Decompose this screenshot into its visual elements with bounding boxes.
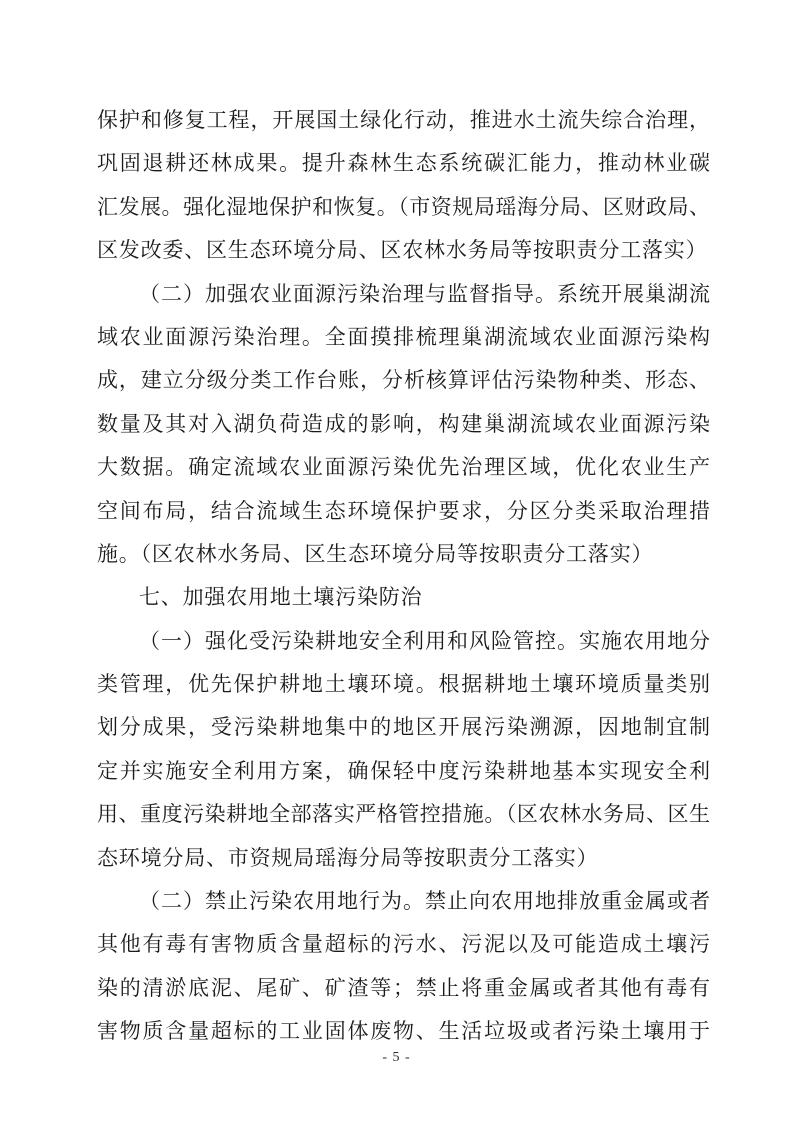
text-line: 保护和修复工程，开展国土绿化行动，推进水土流失综合治理，	[97, 99, 710, 142]
text-line: （二）加强农业面源污染治理与监督指导。系统开展巢湖流	[97, 273, 710, 316]
page-number: - 5 -	[382, 1050, 410, 1065]
text-line: 数量及其对入湖负荷造成的影响，构建巢湖流域农业面源污染	[97, 403, 710, 446]
text-line: 巩固退耕还林成果。提升森林生态系统碳汇能力，推动林业碳	[97, 142, 710, 185]
page-footer: - 5 -	[0, 1048, 793, 1066]
text-line: 域农业面源污染治理。全面摸排梳理巢湖流域农业面源污染构	[97, 316, 710, 359]
document-page: 保护和修复工程，开展国土绿化行动，推进水土流失综合治理，巩固退耕还林成果。提升森…	[0, 0, 793, 1122]
text-line: 定并实施安全利用方案，确保轻中度污染耕地基本实现安全利	[97, 750, 710, 793]
text-line: 施。（区农林水务局、区生态环境分局等按职责分工落实）	[97, 533, 710, 576]
text-line: 七、加强农用地土壤污染防治	[97, 576, 710, 619]
text-line: 汇发展。强化湿地保护和恢复。（市资规局瑶海分局、区财政局、	[97, 186, 710, 229]
text-line: 划分成果，受污染耕地集中的地区开展污染溯源，因地制宜制	[97, 706, 710, 749]
text-line: 态环境分局、市资规局瑶海分局等按职责分工落实）	[97, 837, 710, 880]
text-line: （一）强化受污染耕地安全利用和风险管控。实施农用地分	[97, 620, 710, 663]
text-line: （二）禁止污染农用地行为。禁止向农用地排放重金属或者	[97, 880, 710, 923]
text-line: 区发改委、区生态环境分局、区农林水务局等按职责分工落实）	[97, 229, 710, 272]
text-line: 类管理，优先保护耕地土壤环境。根据耕地土壤环境质量类别	[97, 663, 710, 706]
document-body: 保护和修复工程，开展国土绿化行动，推进水土流失综合治理，巩固退耕还林成果。提升森…	[97, 99, 710, 1054]
text-line: 其他有毒有害物质含量超标的污水、污泥以及可能造成土壤污	[97, 923, 710, 966]
text-line: 成，建立分级分类工作台账，分析核算评估污染物种类、形态、	[97, 359, 710, 402]
text-line: 空间布局，结合流域生态环境保护要求，分区分类采取治理措	[97, 490, 710, 533]
text-line: 用、重度污染耕地全部落实严格管控措施。（区农林水务局、区生	[97, 793, 710, 836]
text-line: 染的清淤底泥、尾矿、矿渣等；禁止将重金属或者其他有毒有	[97, 967, 710, 1010]
text-line: 大数据。确定流域农业面源污染优先治理区域，优化农业生产	[97, 446, 710, 489]
